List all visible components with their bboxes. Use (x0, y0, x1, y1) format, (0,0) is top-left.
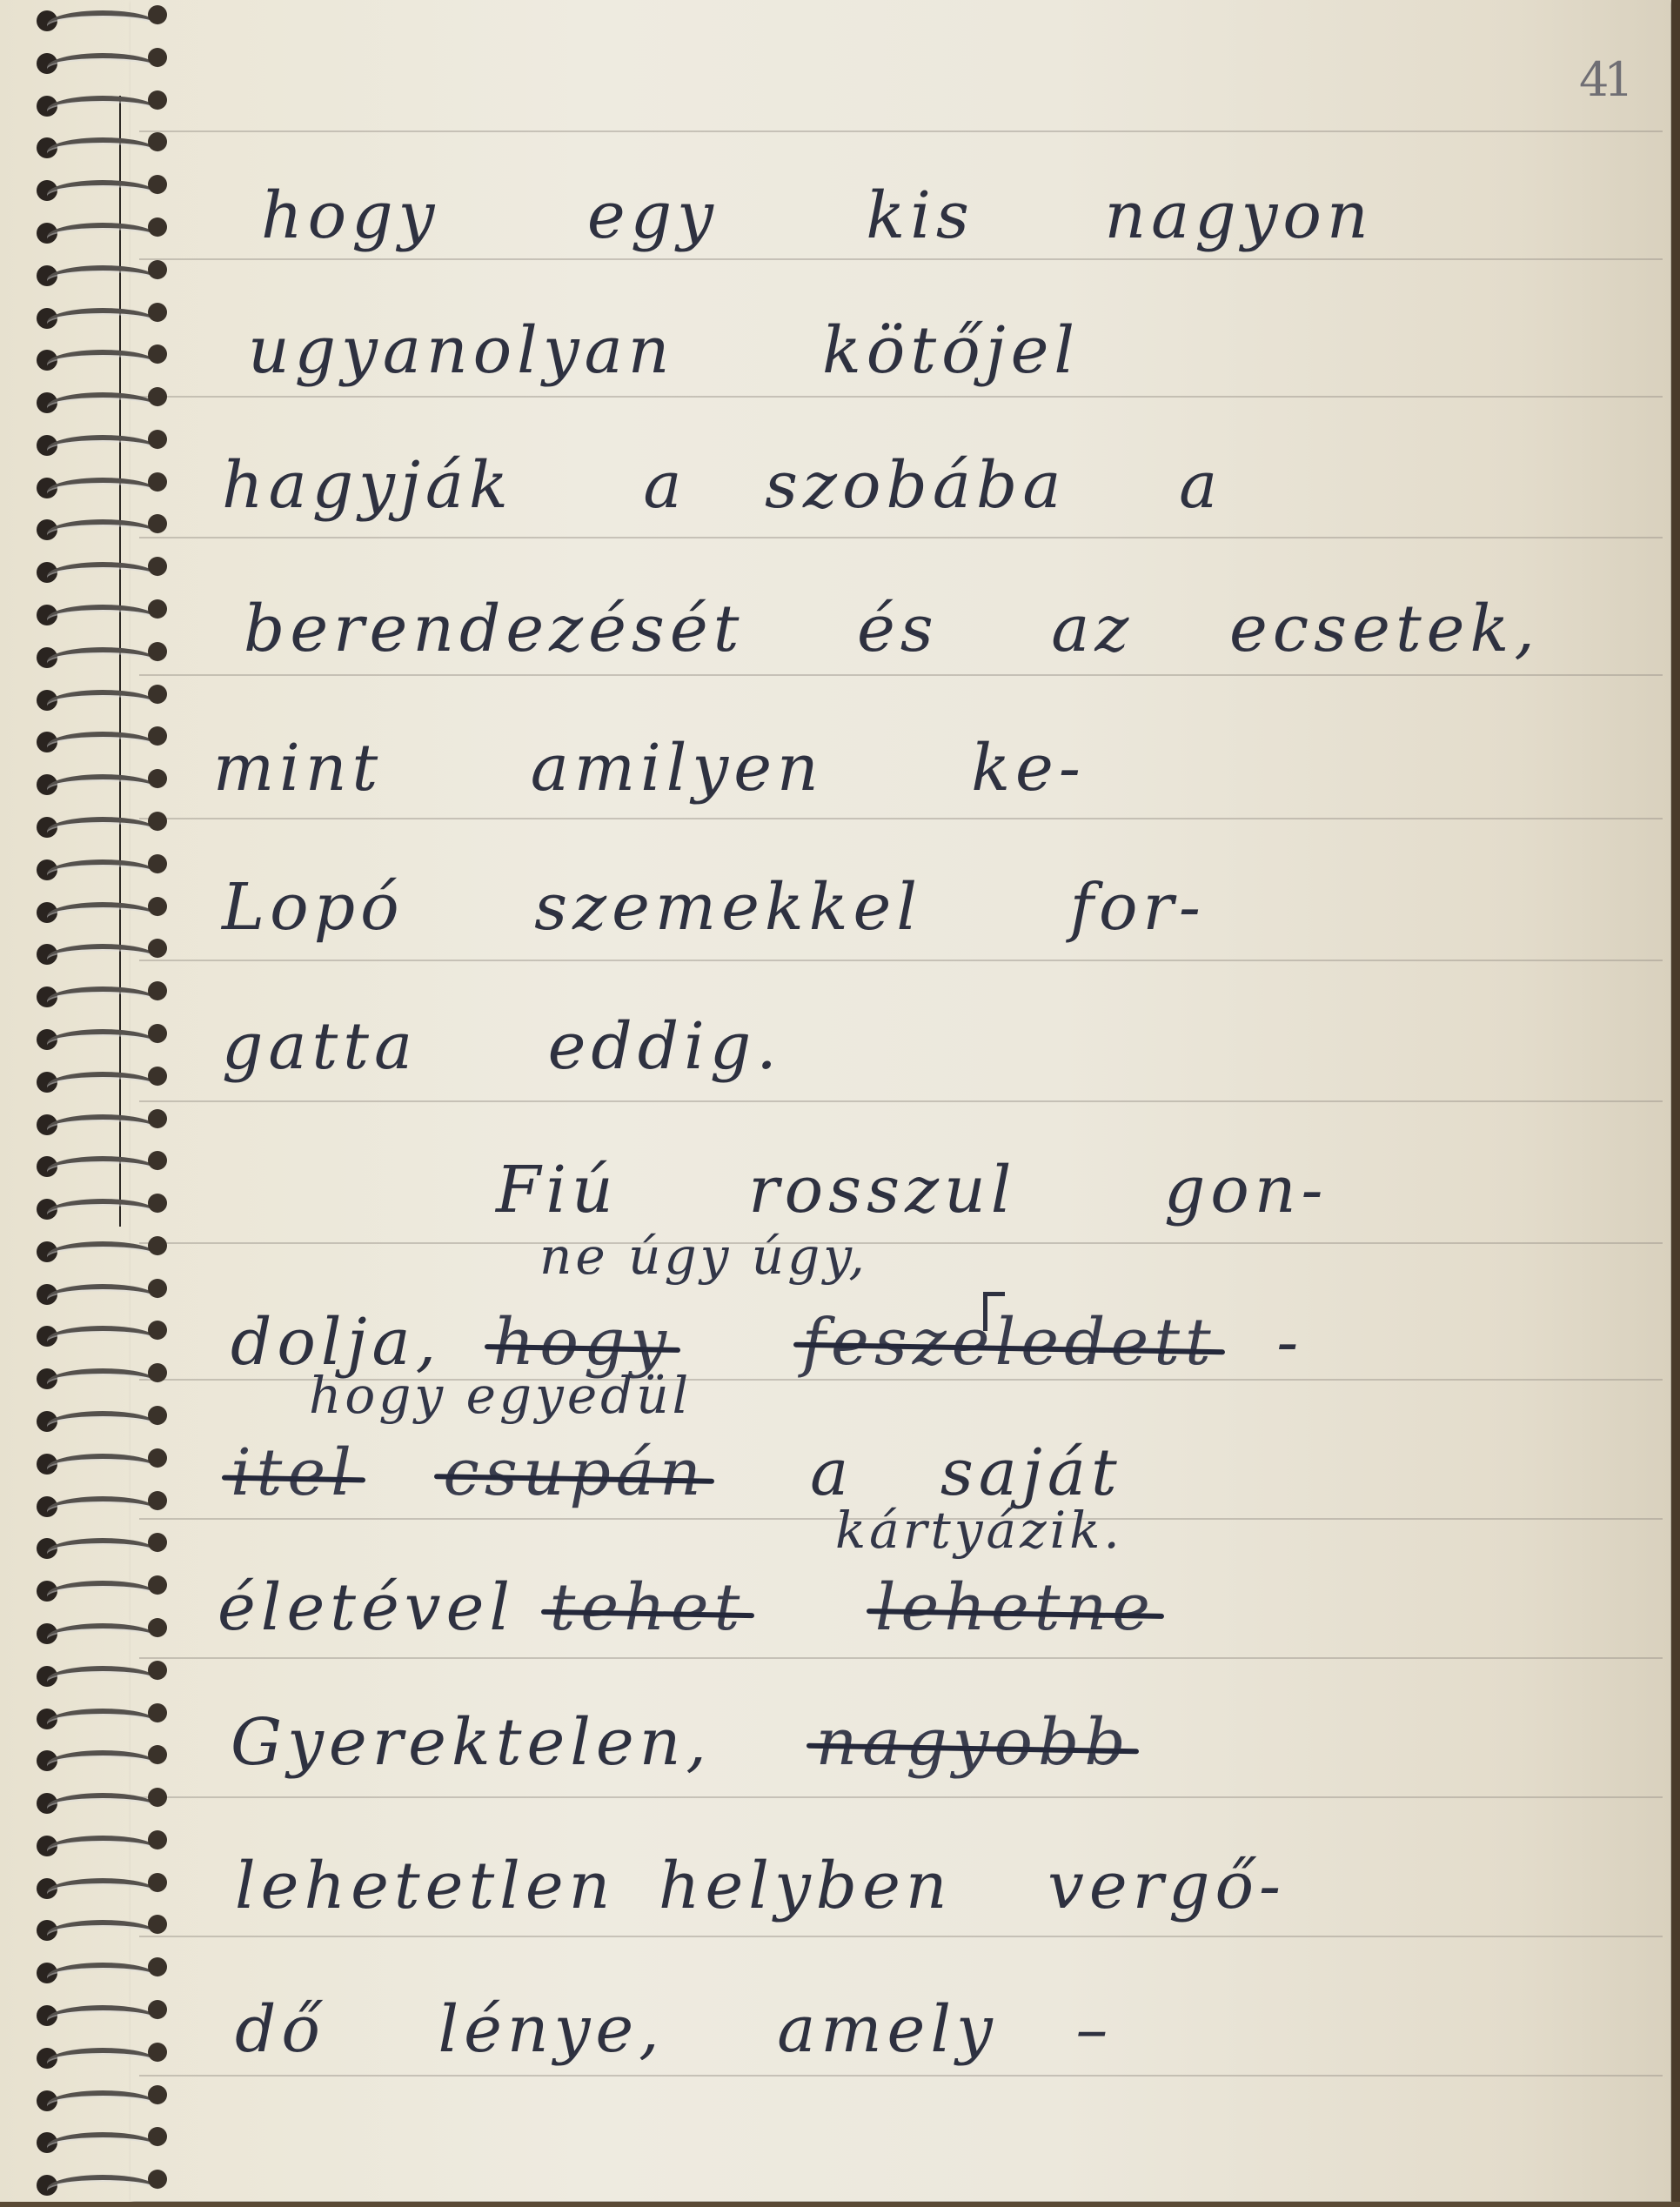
spiral-ring (37, 1749, 167, 1771)
spiral-ring (37, 1452, 167, 1475)
wire-loop (47, 519, 158, 537)
struck-word: tehet (550, 1570, 746, 1645)
word: – (1075, 1992, 1113, 2067)
handwritten-line: dő lénye, amely – (235, 1992, 1165, 2067)
punch-hole (148, 132, 167, 151)
spiral-ring (37, 221, 167, 244)
punch-hole (148, 1236, 167, 1255)
spiral-ring (37, 391, 167, 413)
spiral-ring (37, 815, 167, 838)
spiral-ring (37, 476, 167, 498)
spiral-ring (37, 1197, 167, 1220)
punch-hole (148, 642, 167, 661)
handwritten-line: hogy egy kis nagyon (261, 178, 1426, 253)
wire-loop (47, 265, 158, 283)
spiral-ring (37, 1664, 167, 1687)
punch-hole (148, 48, 167, 67)
wire-loop (47, 1411, 158, 1428)
spiral-ring (37, 1495, 167, 1517)
spiral-ring (37, 772, 167, 795)
spiral-ring (37, 900, 167, 923)
word: ke- (971, 731, 1086, 806)
spiral-ring (37, 1707, 167, 1729)
ruled-line (139, 2075, 1663, 2077)
wire-loop (47, 859, 158, 877)
wire-loop (47, 223, 158, 240)
insertion-text: hogy egyedül (309, 1366, 692, 1425)
ruled-line (139, 674, 1663, 676)
word: lehetetlen (235, 1849, 615, 1923)
word: berendezését (244, 592, 744, 666)
wire-loop (47, 1878, 158, 1896)
punch-hole (148, 1067, 167, 1086)
word: gatta (222, 1009, 418, 1084)
punch-hole (148, 939, 167, 958)
spiral-binding (26, 0, 165, 2207)
wire-loop (47, 1326, 158, 1343)
spiral-ring (37, 1536, 167, 1559)
punch-hole (148, 514, 167, 533)
word: nagyon (1104, 178, 1373, 253)
handwritten-line: életével tehet lehetne (218, 1570, 1190, 1645)
wire-loop (47, 605, 158, 622)
punch-hole (148, 2000, 167, 2019)
ruled-line (139, 1936, 1663, 1937)
handwritten-line: hagyják a szobába a (222, 448, 1275, 523)
wire-loop (47, 1709, 158, 1726)
spiral-ring (37, 178, 167, 201)
spiral-ring (37, 1240, 167, 1262)
punch-hole (148, 1491, 167, 1510)
ruled-line (139, 258, 1663, 260)
struck-word: lehetne (875, 1570, 1155, 1645)
wire-loop (47, 2048, 158, 2065)
wire-loop (47, 10, 158, 28)
wire-loop (47, 96, 158, 113)
punch-hole (148, 387, 167, 406)
punch-hole (148, 685, 167, 704)
spiral-ring (37, 2089, 167, 2111)
wire-loop (47, 1581, 158, 1598)
handwritten-line: itel csupán a saját (231, 1435, 1175, 1510)
ruled-line (139, 396, 1663, 398)
word: kis (866, 178, 974, 253)
wire-loop (47, 944, 158, 961)
wire-loop (47, 1114, 158, 1132)
spiral-ring (37, 51, 167, 74)
ruled-line (139, 1657, 1663, 1659)
wire-loop (47, 1368, 158, 1386)
wire-loop (47, 562, 158, 579)
word: a (643, 448, 686, 523)
wire-loop (47, 2090, 158, 2108)
word: kötőjel (822, 313, 1080, 388)
spiral-ring (37, 1027, 167, 1050)
ruled-line (139, 818, 1663, 819)
wire-loop (47, 2005, 158, 2023)
spiral-ring (37, 2130, 167, 2153)
spiral-ring (37, 348, 167, 371)
punch-hole (148, 303, 167, 322)
handwritten-line: gatta eddig. (222, 1009, 834, 1084)
punch-hole (148, 1745, 167, 1764)
spiral-ring (37, 985, 167, 1007)
spiral-ring (37, 645, 167, 668)
word: szobába (765, 448, 1067, 523)
spiral-ring (37, 2046, 167, 2069)
punch-hole (148, 1109, 167, 1128)
punch-hole (148, 1363, 167, 1382)
punch-hole (148, 1915, 167, 1934)
page-edge (0, 2202, 1680, 2207)
ruled-line (139, 130, 1663, 132)
spiral-ring (37, 560, 167, 583)
spiral-ring (37, 518, 167, 540)
word: egy (587, 178, 719, 253)
word: rosszul (748, 1153, 1016, 1227)
spiral-ring (37, 1282, 167, 1305)
handwritten-line: Lopó szemekkel for- (222, 870, 1258, 945)
word: mint (213, 731, 383, 806)
punch-hole (148, 2085, 167, 2104)
wire-loop (47, 2175, 158, 2192)
wire-loop (47, 392, 158, 410)
wire-loop (47, 986, 158, 1004)
word: saját (940, 1435, 1122, 1510)
wire-loop (47, 1156, 158, 1174)
word: amilyen (531, 731, 824, 806)
wire-loop (47, 1623, 158, 1641)
punch-hole (148, 726, 167, 746)
wire-loop (47, 817, 158, 834)
punch-hole (148, 430, 167, 449)
spiral-ring (37, 1070, 167, 1093)
struck-word: csupán (443, 1435, 706, 1510)
handwritten-line: mint amilyen ke- (213, 731, 1138, 806)
spiral-ring (37, 1876, 167, 1899)
punch-hole (148, 1406, 167, 1425)
punch-hole (148, 812, 167, 831)
wire-loop (47, 180, 158, 197)
punch-hole (148, 1703, 167, 1722)
spiral-ring (37, 688, 167, 711)
spiral-ring (37, 1579, 167, 1602)
wire-loop (47, 478, 158, 495)
punch-hole (148, 1279, 167, 1298)
punch-hole (148, 1321, 167, 1340)
punch-hole (148, 1024, 167, 1043)
word: helyben (659, 1849, 953, 1923)
wire-loop (47, 53, 158, 70)
spiral-ring (37, 1961, 167, 1983)
wire-loop (47, 1072, 158, 1089)
wire-loop (47, 732, 158, 749)
spiral-ring (37, 264, 167, 286)
word: Fiú (496, 1153, 619, 1227)
ruled-line (139, 1100, 1663, 1102)
word: ecsetek, (1229, 592, 1540, 666)
ruled-line (139, 1242, 1663, 1244)
wire-loop (47, 1963, 158, 1980)
handwritten-line: Gyerektelen, nagyobb (231, 1705, 1166, 1780)
word: szemekkel (534, 870, 922, 945)
notebook-photo: 41 hogy egy kis nagyon ugyanolyan kötője… (0, 0, 1680, 2207)
word: Lopó (222, 870, 405, 945)
word: amely (777, 1992, 998, 2067)
punch-hole (148, 260, 167, 279)
word: az (1051, 592, 1134, 666)
hyphen: - (1276, 1305, 1303, 1380)
punch-hole (148, 1533, 167, 1552)
wire-loop (47, 2132, 158, 2150)
word: ugyanolyan (248, 313, 674, 388)
wire-loop (47, 1750, 158, 1768)
word: a (810, 1435, 853, 1510)
spiral-ring (37, 136, 167, 158)
wire-loop (47, 1666, 158, 1683)
punch-hole (148, 1194, 167, 1213)
insertion-text: ne úgy úgy, (539, 1227, 868, 1286)
word: vergő- (1047, 1849, 1286, 1923)
punch-hole (148, 2170, 167, 2189)
punch-hole (148, 1873, 167, 1892)
handwritten-line: lehetetlen helyben vergő- (235, 1849, 1338, 1923)
wire-loop (47, 308, 158, 325)
word: hagyják (222, 448, 513, 523)
struck-word: itel (231, 1435, 357, 1510)
spiral-ring (37, 1324, 167, 1347)
punch-hole (148, 854, 167, 873)
handwritten-line: berendezését és az ecsetek, (244, 592, 1592, 666)
wire-loop (47, 902, 158, 920)
spiral-ring (37, 306, 167, 329)
word: hogy (261, 178, 439, 253)
punch-hole (148, 1575, 167, 1595)
spiral-ring (37, 1409, 167, 1432)
wire-loop (47, 1454, 158, 1471)
word: eddig. (548, 1009, 782, 1084)
punch-hole (148, 769, 167, 788)
spiral-ring (37, 730, 167, 752)
wire-loop (47, 1199, 158, 1216)
wire-loop (47, 1029, 158, 1047)
word: dő (235, 1992, 325, 2067)
wire-loop (47, 1836, 158, 1853)
spiral-ring (37, 9, 167, 31)
spiral-ring (37, 1918, 167, 1941)
wire-loop (47, 137, 158, 155)
page-number: 41 (1579, 52, 1629, 107)
punch-hole (148, 90, 167, 110)
spiral-ring (37, 942, 167, 965)
spiral-ring (37, 1154, 167, 1177)
spiral-ring (37, 1113, 167, 1135)
word: gon- (1164, 1153, 1329, 1227)
struck-word: feszeledett (802, 1305, 1216, 1380)
punch-hole (148, 1151, 167, 1170)
spiral-ring (37, 603, 167, 625)
ruled-line (139, 537, 1663, 538)
wire-loop (47, 1920, 158, 1937)
punch-hole (148, 5, 167, 24)
wire-loop (47, 435, 158, 452)
handwritten-line: ugyanolyan kötőjel (248, 313, 1132, 388)
punch-hole (148, 1830, 167, 1849)
word: és (857, 592, 939, 666)
word: lénye, (438, 1992, 664, 2067)
punch-hole (148, 175, 167, 194)
wire-loop (47, 690, 158, 707)
spiral-ring (37, 858, 167, 880)
page-edge (1671, 0, 1680, 2207)
punch-hole (148, 1957, 167, 1976)
ruled-line (139, 960, 1663, 961)
punch-hole (148, 1448, 167, 1468)
punch-hole (148, 557, 167, 576)
word: életével (218, 1570, 515, 1645)
spiral-ring (37, 2003, 167, 2026)
struck-word: nagyobb (815, 1705, 1130, 1780)
spiral-ring (37, 1791, 167, 1814)
punch-hole (148, 217, 167, 237)
ruled-line (139, 1796, 1663, 1798)
spiral-ring (37, 1834, 167, 1856)
spiral-ring (37, 94, 167, 117)
punch-hole (148, 897, 167, 916)
wire-loop (47, 1793, 158, 1810)
punch-hole (148, 344, 167, 364)
wire-loop (47, 1284, 158, 1301)
spiral-ring (37, 433, 167, 456)
spiral-ring (37, 1622, 167, 1644)
punch-hole (148, 1661, 167, 1680)
wire-loop (47, 1496, 158, 1514)
wire-loop (47, 350, 158, 367)
punch-hole (148, 1788, 167, 1807)
word: for- (1070, 870, 1206, 945)
word: a (1179, 448, 1222, 523)
spiral-ring (37, 2173, 167, 2196)
wire-loop (47, 1241, 158, 1259)
wire-loop (47, 774, 158, 792)
spiral-ring (37, 1367, 167, 1389)
punch-hole (148, 599, 167, 619)
punch-hole (148, 472, 167, 492)
word: Gyerektelen, (231, 1705, 712, 1780)
punch-hole (148, 1618, 167, 1637)
wire-loop (47, 647, 158, 665)
punch-hole (148, 981, 167, 1000)
handwritten-line: Fiú rosszul gon- (496, 1153, 1381, 1227)
insertion-text: kártyázik. (835, 1501, 1123, 1560)
punch-hole (148, 2127, 167, 2146)
punch-hole (148, 2043, 167, 2062)
wire-loop (47, 1538, 158, 1555)
